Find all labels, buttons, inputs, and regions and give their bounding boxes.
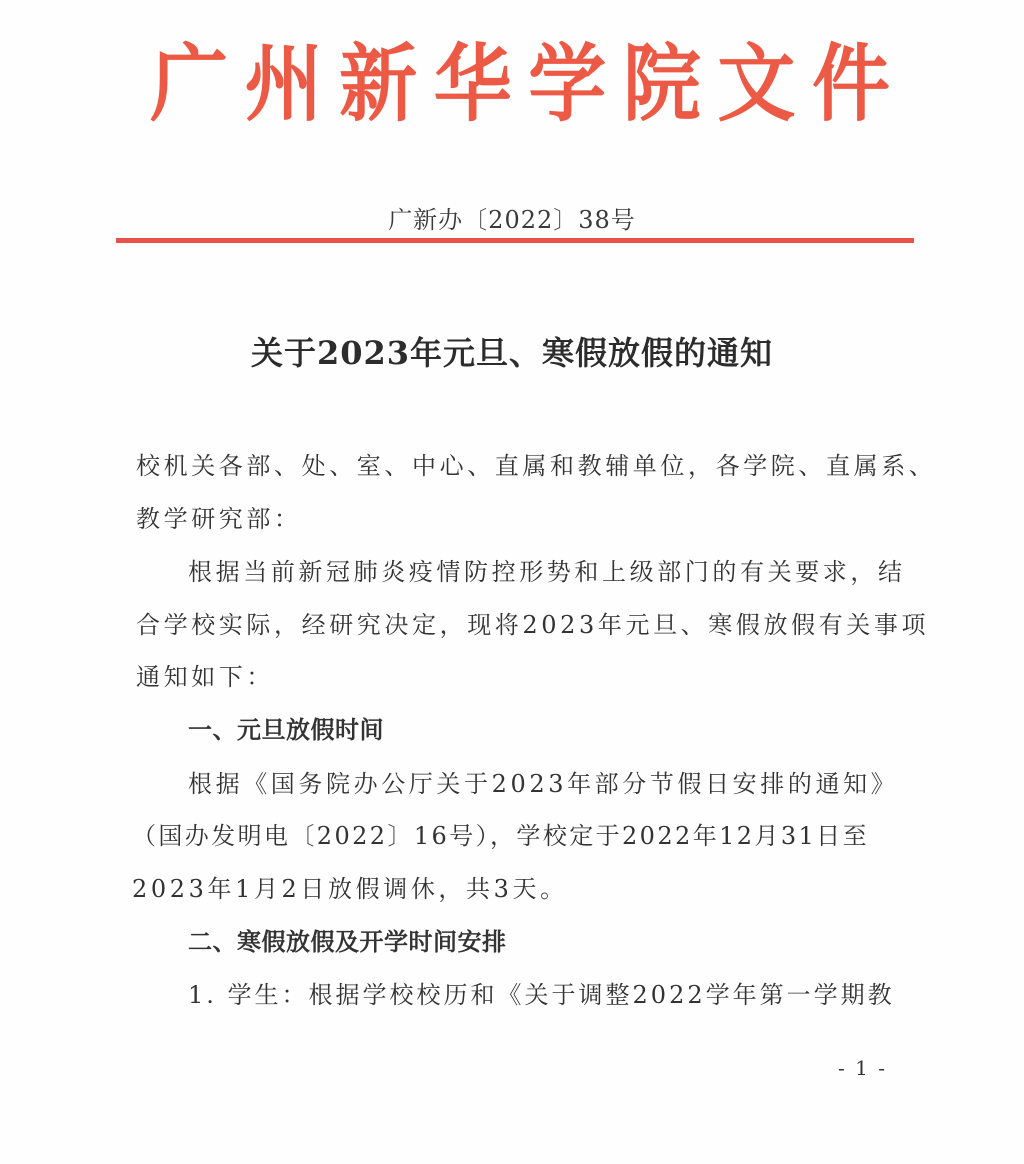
section-body-line: 根据《国务院办公厅关于2023年部分节假日安排的通知》 [188, 764, 898, 799]
section-heading-new-year: 一、元旦放假时间 [188, 710, 384, 745]
intro-line: 合学校实际，经研究决定，现将2023年元旦、寒假放假有关事项 [136, 605, 929, 640]
intro-line: 通知如下： [136, 657, 274, 692]
red-divider-rule [116, 238, 914, 243]
section-body-line: 2023年1月2日放假调休，共3天。 [132, 869, 568, 904]
masthead-char: 件 [812, 36, 890, 133]
masthead-char: 广 [150, 36, 228, 133]
notice-title: 关于2023年元旦、寒假放假的通知 [0, 328, 1024, 374]
masthead-char: 文 [717, 36, 795, 133]
masthead-char: 华 [434, 36, 512, 133]
masthead-char: 州 [245, 36, 323, 133]
intro-line: 根据当前新冠肺炎疫情防控形势和上级部门的有关要求，结 [188, 552, 906, 587]
masthead-char: 院 [623, 36, 701, 133]
masthead-char: 新 [339, 36, 417, 133]
masthead-char: 学 [528, 36, 606, 133]
addressee-line: 教学研究部： [136, 499, 302, 534]
document-number: 广新办〔2022〕38号 [0, 200, 1024, 235]
addressee-line: 校机关各部、处、室、中心、直属和教辅单位，各学院、直属系、 [136, 446, 936, 481]
section-body-line: （国办发明电〔2022〕16号），学校定于2022年12月31日至 [132, 816, 869, 851]
document-page: 广 州 新 华 学 院 文 件 广新办〔2022〕38号 关于2023年元旦、寒… [0, 0, 1024, 1164]
page-number: - 1 - [838, 1056, 887, 1080]
section-body-line: 1. 学生：根据学校校历和《关于调整2022学年第一学期教 [188, 975, 895, 1010]
masthead-title: 广 州 新 华 学 院 文 件 [150, 40, 890, 130]
section-heading-winter-break: 二、寒假放假及开学时间安排 [188, 922, 507, 957]
